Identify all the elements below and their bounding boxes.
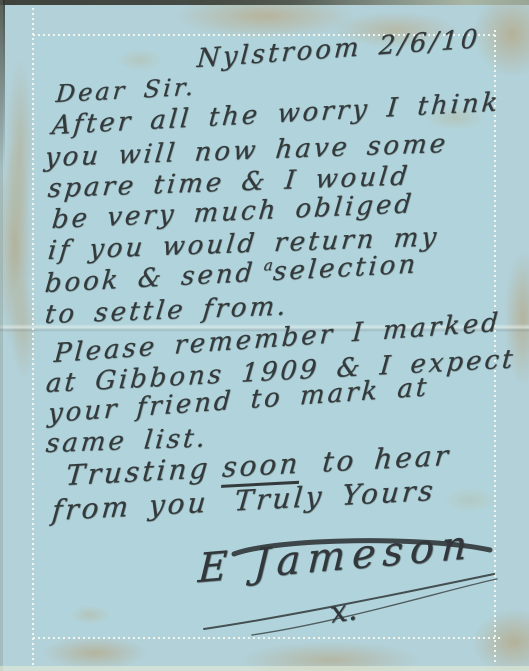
scan-edge-top	[0, 0, 529, 5]
closing-post: to hear	[321, 439, 452, 479]
signature-mark: x.	[328, 592, 359, 630]
scan-edge-left	[0, 0, 3, 671]
perforation-left	[32, 8, 34, 668]
signature-block: E Jameson x.	[182, 532, 512, 647]
scan-edge-bottom	[0, 666, 529, 671]
letter-card-scan: Nylstroom 2/6/10 Dear Sir. After all the…	[0, 0, 529, 671]
